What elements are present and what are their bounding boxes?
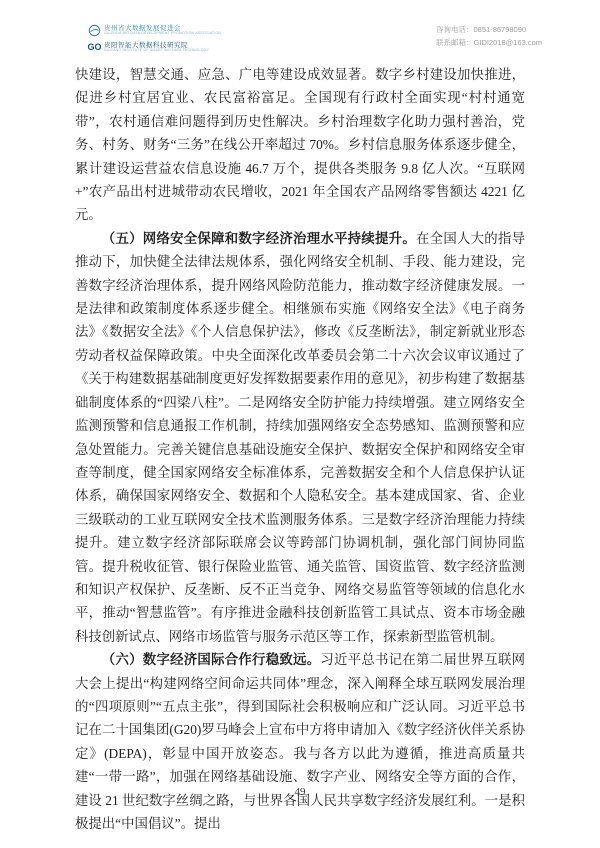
paragraph-section-6: （六）数字经济国际合作行稳致远。习近平总书记在第二届世界互联网大会上提出“构建网… — [75, 648, 525, 835]
header-logos: 贵州省大数据发展促进会 GUIZHOU BIG DATA DEVELOPMENT… — [88, 24, 221, 54]
institute-logo-icon: GO — [88, 41, 101, 54]
logo-institute: GO 贵阳智能大数据科技研究院 GUIYANG INSTITUTE OF SMA… — [88, 41, 221, 54]
document-body: 快建设，智慧交通、应急、广电等建设成效显著。数字乡村建设加快推进，促进乡村宜居宜… — [75, 63, 525, 835]
association-logo-icon — [88, 24, 101, 37]
paragraph-text: 在全国人大的指导推动下，加快健全法律法规体系，强化网络安全机制、手段、能力建设，… — [75, 231, 525, 644]
section-5-heading: （五）网络安全保障和数字经济治理水平持续提升。 — [102, 231, 416, 246]
section-6-heading: （六）数字经济国际合作行稳致远。 — [102, 652, 321, 667]
paragraph-section-5: （五）网络安全保障和数字经济治理水平持续提升。在全国人大的指导推动下，加快健全法… — [75, 227, 525, 648]
institute-logo-subtitle: GUIYANG INSTITUTE OF SMART BIG DATA TECH… — [104, 49, 209, 53]
logo-association: 贵州省大数据发展促进会 GUIZHOU BIG DATA DEVELOPMENT… — [88, 24, 221, 37]
document-page: 贵州省大数据发展促进会 GUIZHOU BIG DATA DEVELOPMENT… — [0, 0, 600, 848]
paragraph-text: 快建设，智慧交通、应急、广电等建设成效显著。数字乡村建设加快推进，促进乡村宜居宜… — [75, 67, 525, 222]
contact-email-line: 联系邮箱：GIDI2018@163.com — [436, 37, 542, 50]
header-contact: 咨询电话：0851-86798090 联系邮箱：GIDI2018@163.com — [436, 24, 542, 50]
page-number: 49 — [295, 786, 306, 798]
contact-phone-line: 咨询电话：0851-86798090 — [436, 24, 542, 37]
association-logo-subtitle: GUIZHOU BIG DATA DEVELOPMENT PROMOTION A… — [104, 32, 221, 36]
contact-email-label: 联系邮箱： — [436, 38, 474, 47]
contact-email-value: GIDI2018@163.com — [474, 38, 542, 47]
page-header: 贵州省大数据发展促进会 GUIZHOU BIG DATA DEVELOPMENT… — [88, 24, 542, 54]
paragraph-text: 习近平总书记在第二届世界互联网大会上提出“构建网络空间命运共同体”理念，深入阐释… — [75, 652, 525, 831]
page-footer: 49 — [0, 786, 600, 798]
contact-phone-value: 0851-86798090 — [474, 25, 527, 34]
paragraph-continuation: 快建设，智慧交通、应急、广电等建设成效显著。数字乡村建设加快推进，促进乡村宜居宜… — [75, 63, 525, 227]
contact-phone-label: 咨询电话： — [436, 25, 474, 34]
